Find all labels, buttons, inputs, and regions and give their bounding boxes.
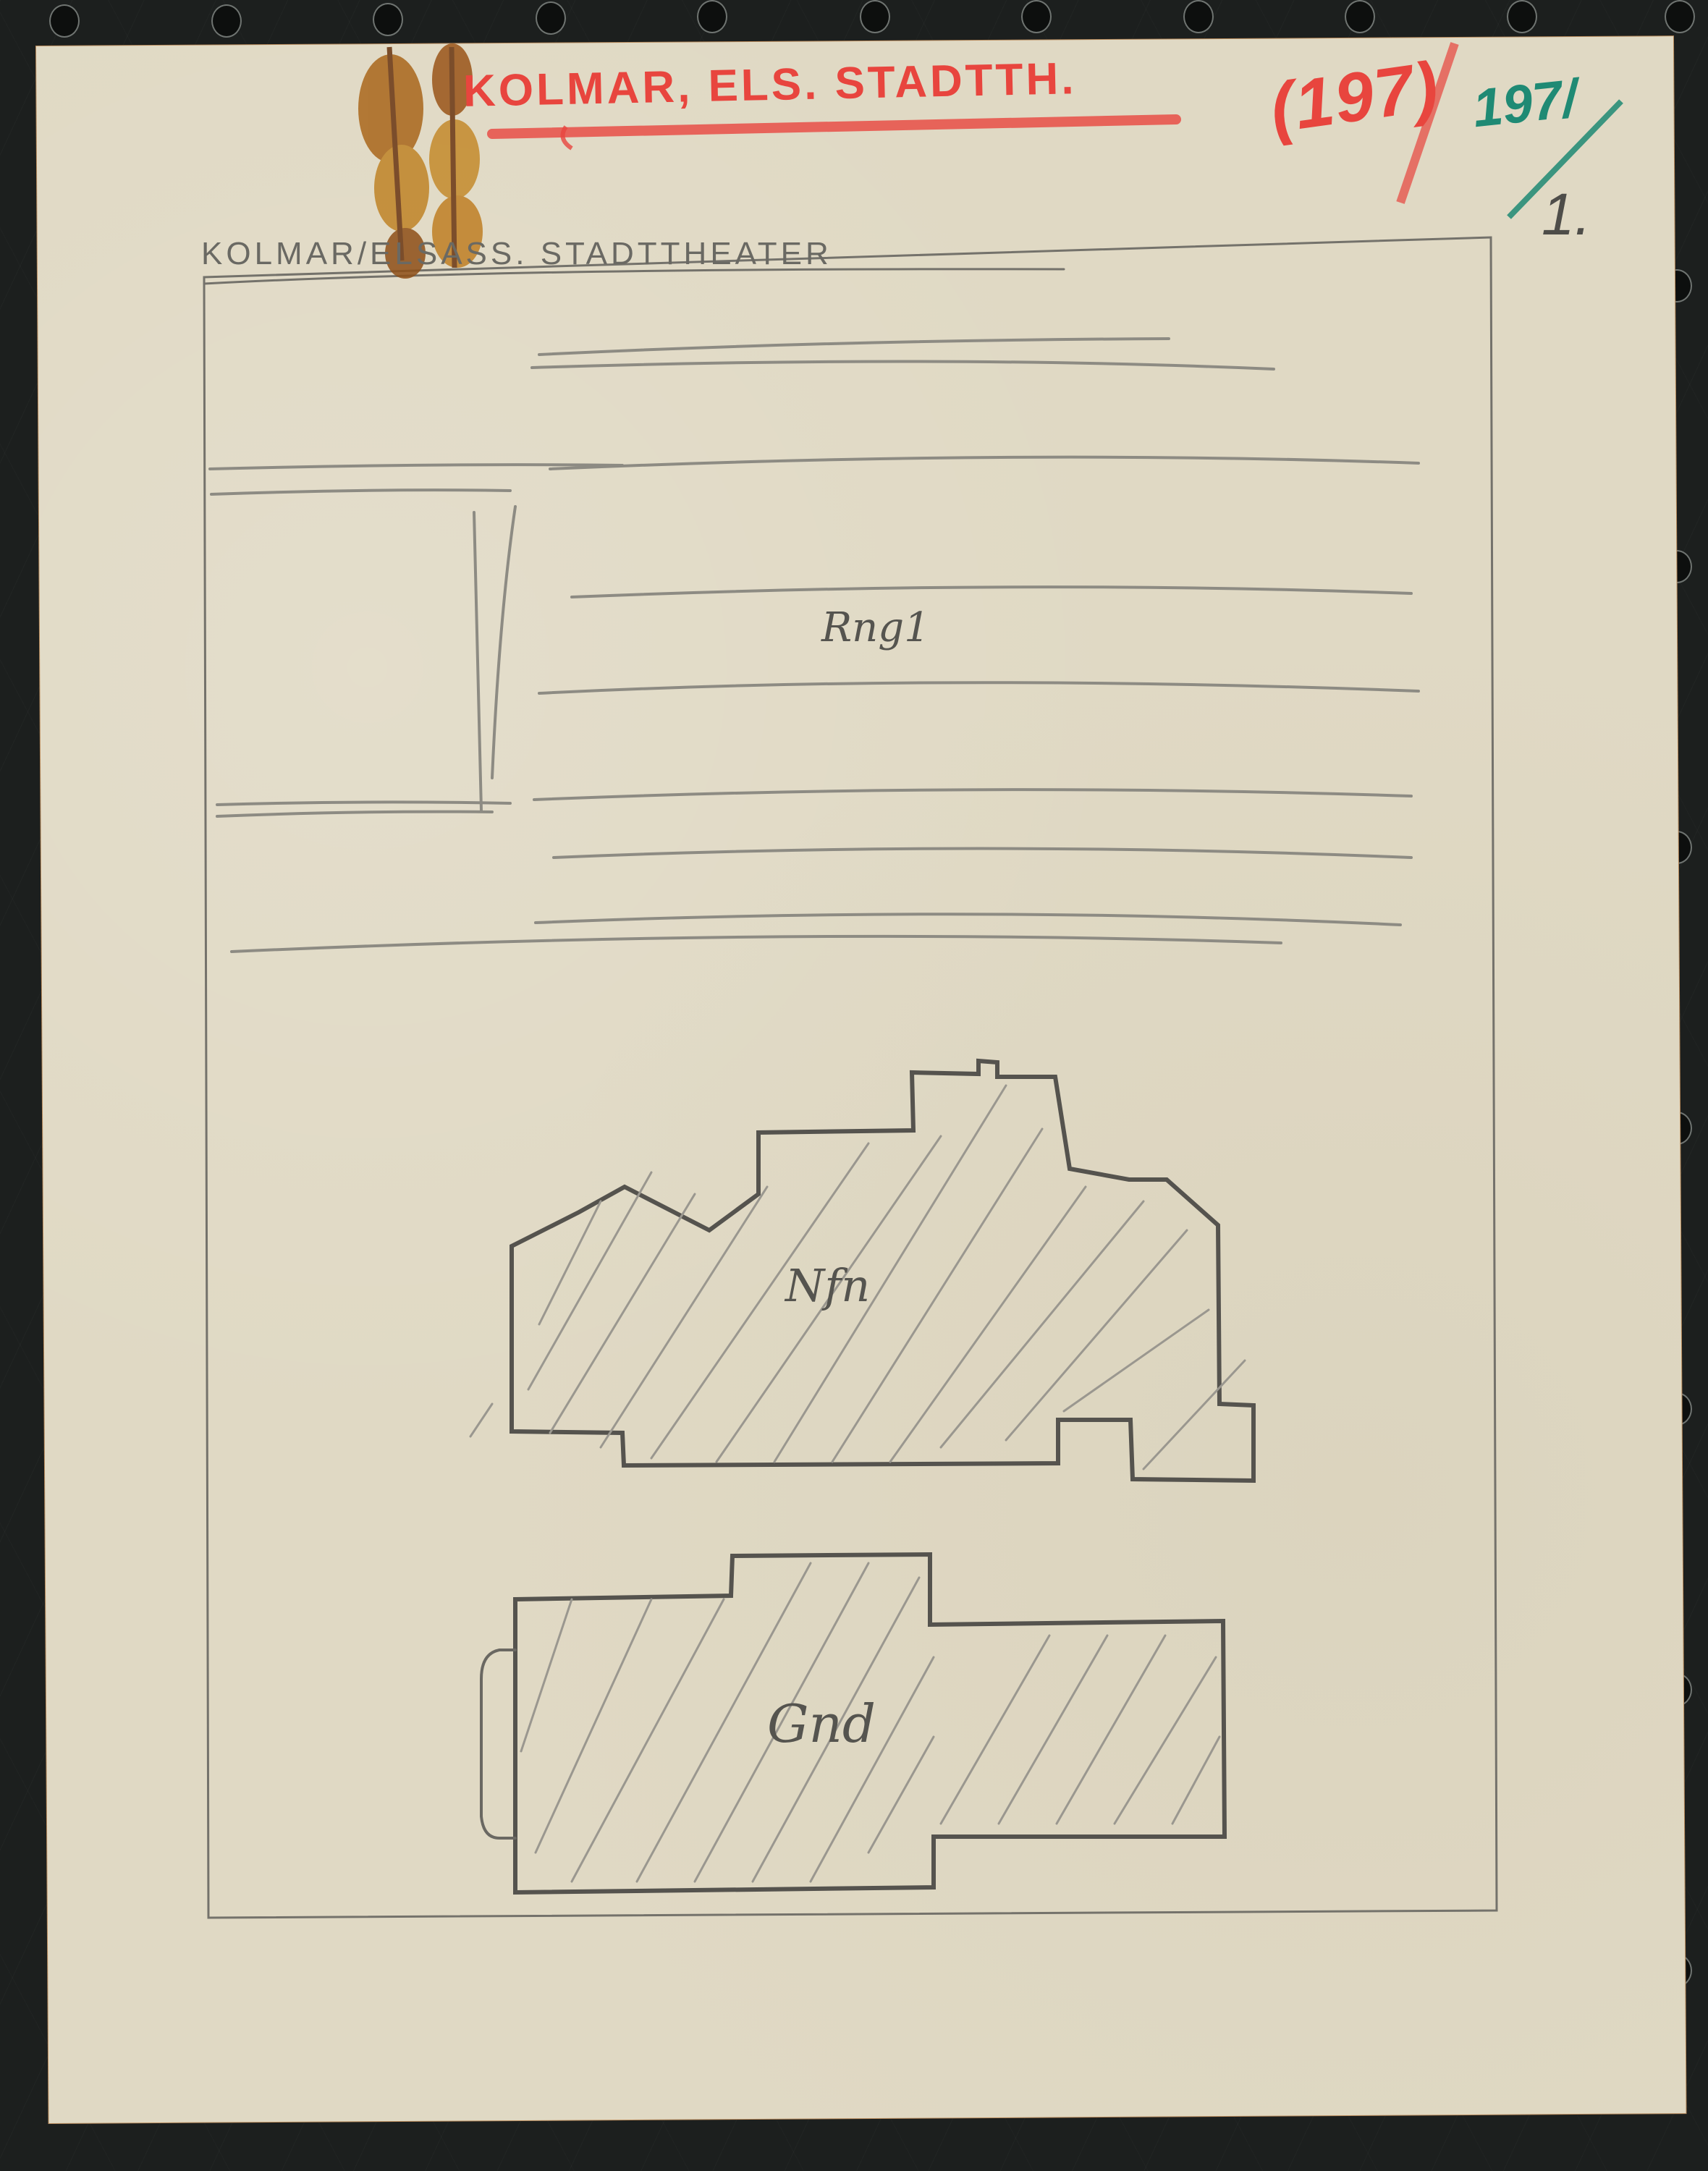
- pencil-drawing: [0, 0, 1708, 2171]
- green-crayon-reference: 197/: [1470, 67, 1580, 140]
- upper-plan-outline: [512, 1061, 1253, 1481]
- lower-plan-label: Gnd: [767, 1693, 876, 1754]
- upper-script-note: Rng1: [821, 604, 930, 651]
- upper-plan-label: Nfn: [785, 1259, 870, 1312]
- sheet-number: 1.: [1542, 181, 1591, 249]
- drawing-header-label: KOLMAR/ELSASS. STADTTHEATER: [201, 236, 832, 272]
